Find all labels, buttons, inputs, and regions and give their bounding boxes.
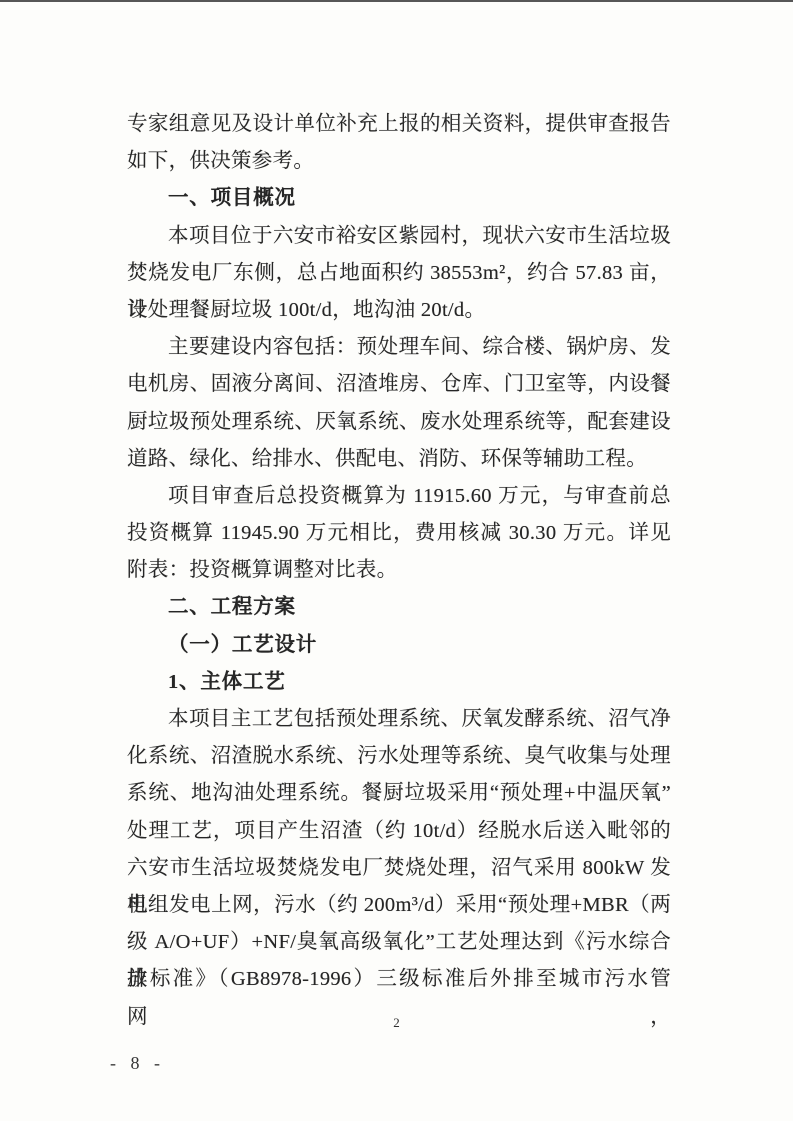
document-body: 专家组意见及设计单位补充上报的相关资料，提供审查报告如下，供决策参考。一、项目概… [127,106,671,999]
body-text-line: 厨垃圾预处理系统、厌氧系统、废水处理系统等，配套建设 [127,404,671,441]
body-text-line: 化系统、沼渣脱水系统、污水处理等系统、臭气收集与处理 [127,738,671,775]
heading-line: 1、主体工艺 [127,664,671,701]
body-text-line: 道路、绿化、给排水、供配电、消防、环保等辅助工程。 [127,441,671,478]
body-text-line: 电机房、固液分离间、沼渣堆房、仓库、门卫室等，内设餐 [127,366,671,403]
body-text-line: 计处理餐厨垃圾 100t/d，地沟油 20t/d。 [127,292,671,329]
body-text-line: 投资概算 11945.90 万元相比，费用核减 30.30 万元。详见 [127,515,671,552]
body-text-line: 本项目主工艺包括预处理系统、厌氧发酵系统、沼气净 [127,701,671,738]
body-text-line: 项目审查后总投资概算为 11915.60 万元，与审查前总 [127,478,671,515]
body-text-line: 机组发电上网，污水（约 200m³/d）采用“预处理+MBR（两 [127,887,671,924]
body-text-line: 六安市生活垃圾焚烧发电厂焚烧处理，沼气采用 800kW 发电 [127,850,671,887]
page-footer-label: - 8 - [110,1053,165,1074]
body-text-line: 主要建设内容包括：预处理车间、综合楼、锅炉房、发 [127,329,671,366]
body-text-line: 焚烧发电厂东侧，总占地面积约 38553m²，约合 57.83 亩，设 [127,255,671,292]
body-text-line: 放标准》（GB8978-1996）三级标准后外排至城市污水管网， [127,961,671,998]
body-text-line: 附表：投资概算调整对比表。 [127,552,671,589]
body-text-line: 处理工艺，项目产生沼渣（约 10t/d）经脱水后送入毗邻的 [127,813,671,850]
heading-line: （一）工艺设计 [127,627,671,664]
body-text-line: 系统、地沟油处理系统。餐厨垃圾采用“预处理+中温厌氧” [127,775,671,812]
body-text-line: 如下，供决策参考。 [127,143,671,180]
body-text-line: 级 A/O+UF）+NF/臭氧高级氧化”工艺处理达到《污水综合排 [127,924,671,961]
scan-edge-artifact [0,0,793,2]
heading-line: 一、项目概况 [127,180,671,217]
document-page: 专家组意见及设计单位补充上报的相关资料，提供审查报告如下，供决策参考。一、项目概… [0,0,793,1121]
heading-line: 二、工程方案 [127,589,671,626]
body-text-line: 专家组意见及设计单位补充上报的相关资料，提供审查报告 [127,106,671,143]
body-text-line: 本项目位于六安市裕安区紫园村，现状六安市生活垃圾 [127,218,671,255]
page-number: 2 [0,1015,793,1031]
